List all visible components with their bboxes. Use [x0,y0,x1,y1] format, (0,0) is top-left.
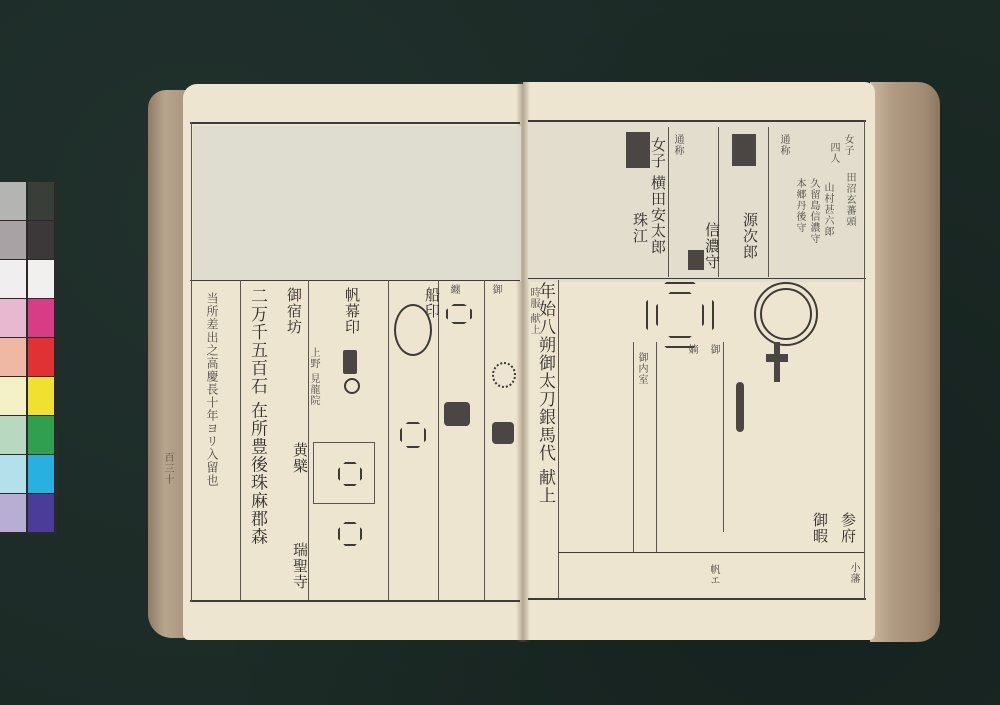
matoi-crest-icon [444,402,470,426]
text-sanpu: 参府 [840,512,855,544]
wave-crest-icon [338,462,362,486]
lower-divider [558,552,864,553]
color-patch-left [0,299,26,337]
color-patch-left [0,494,26,532]
text-ho: 帆エ [708,564,718,586]
right-top-rule [528,120,866,122]
open-book: 船印 帆幕印 御宿坊 上野 見龍院 黄檗 瑞聖寺 二万千五百石 在所豊後珠麻郡森… [148,82,940,642]
left-bottom-rule [190,600,520,602]
right-bottom-rule [528,598,866,600]
text-joshi: 女子 [842,134,852,156]
color-patch-left [0,221,26,259]
color-calibration-chart [0,182,57,534]
crest-block-icon [688,250,704,270]
text-yokota: 女子 横田安太郎 [650,137,665,255]
text-sashidashi: 当所差出之高慶長十年ヨリ入留也 [206,292,218,487]
net-ball-icon [492,362,516,388]
text-kokudaka: 二万千五百石 在所豊後珠麻郡森 [248,287,265,545]
color-patch-right [28,494,54,532]
color-patch-left [0,455,26,493]
color-patch-right [28,377,54,415]
text-hongo: 本郷丹後守 [794,178,804,233]
flag-crest-icon [343,350,357,374]
label-matoi: 纏 [448,284,458,295]
spear-icon [736,382,744,432]
text-genjiro: 源次郎 [742,212,757,260]
color-patch-left [0,182,26,220]
color-patch-right [28,260,54,298]
text-kenryuin: 上野 見龍院 [308,347,318,406]
color-patch-right [28,338,54,376]
page-number: 百三十 [162,452,172,485]
color-patch-right [28,299,54,337]
label-go: 御 [490,284,500,295]
color-patch-right [28,182,54,220]
text-shohan: 小藩 [848,562,858,584]
text-go: 御 [708,344,718,355]
left-page-upper-section [193,126,521,281]
lantern-icon [394,304,432,356]
right-mid-rule [528,278,866,279]
text-yamamura: 山村甚六郎 [822,182,832,237]
text-tanuma: 田沼玄蕃頭 [844,172,854,227]
crest-block-icon [732,134,756,166]
text-kurushima: 久留島信濃守 [808,178,818,244]
color-patch-right [28,455,54,493]
crest-block-icon [626,132,650,168]
color-patch-right [28,416,54,454]
text-oitoma: 御暇 [812,512,827,544]
color-patch-left [0,377,26,415]
color-patch-left [0,416,26,454]
color-patch-left [0,338,26,376]
text-chaku: 嫡 [686,344,696,355]
crest-circle-icon [344,378,360,394]
text-goshukubo: 御宿坊 [286,287,301,335]
text-tsusho-2: 通称 [672,134,682,156]
text-yonin: 四人 [828,142,838,164]
text-tamae: 珠江 [632,212,647,244]
text-shinano-no-kami: 信濃守 [704,222,719,270]
text-hanmaku-jirushi: 帆幕印 [344,287,359,335]
color-patch-right [28,221,54,259]
text-jifuku-kenjo: 時服 献上 [528,287,538,335]
triple-leaf-crest-inner-icon [760,288,812,340]
octagon-crest-inner-icon [656,292,704,338]
left-top-rule [190,122,520,124]
text-tsusho-1: 通称 [778,134,788,156]
text-gonaishitsu: 御内室 [636,352,646,385]
text-zuishoji: 瑞聖寺 [292,542,307,590]
right-frame [864,120,865,600]
left-frame [191,122,192,602]
horse-crest-icon [492,422,514,444]
color-patch-left [0,260,26,298]
cross-spear-shaft-icon [774,342,780,382]
text-obaku: 黄檗 [292,442,307,474]
book-fore-edge-right [870,82,940,642]
